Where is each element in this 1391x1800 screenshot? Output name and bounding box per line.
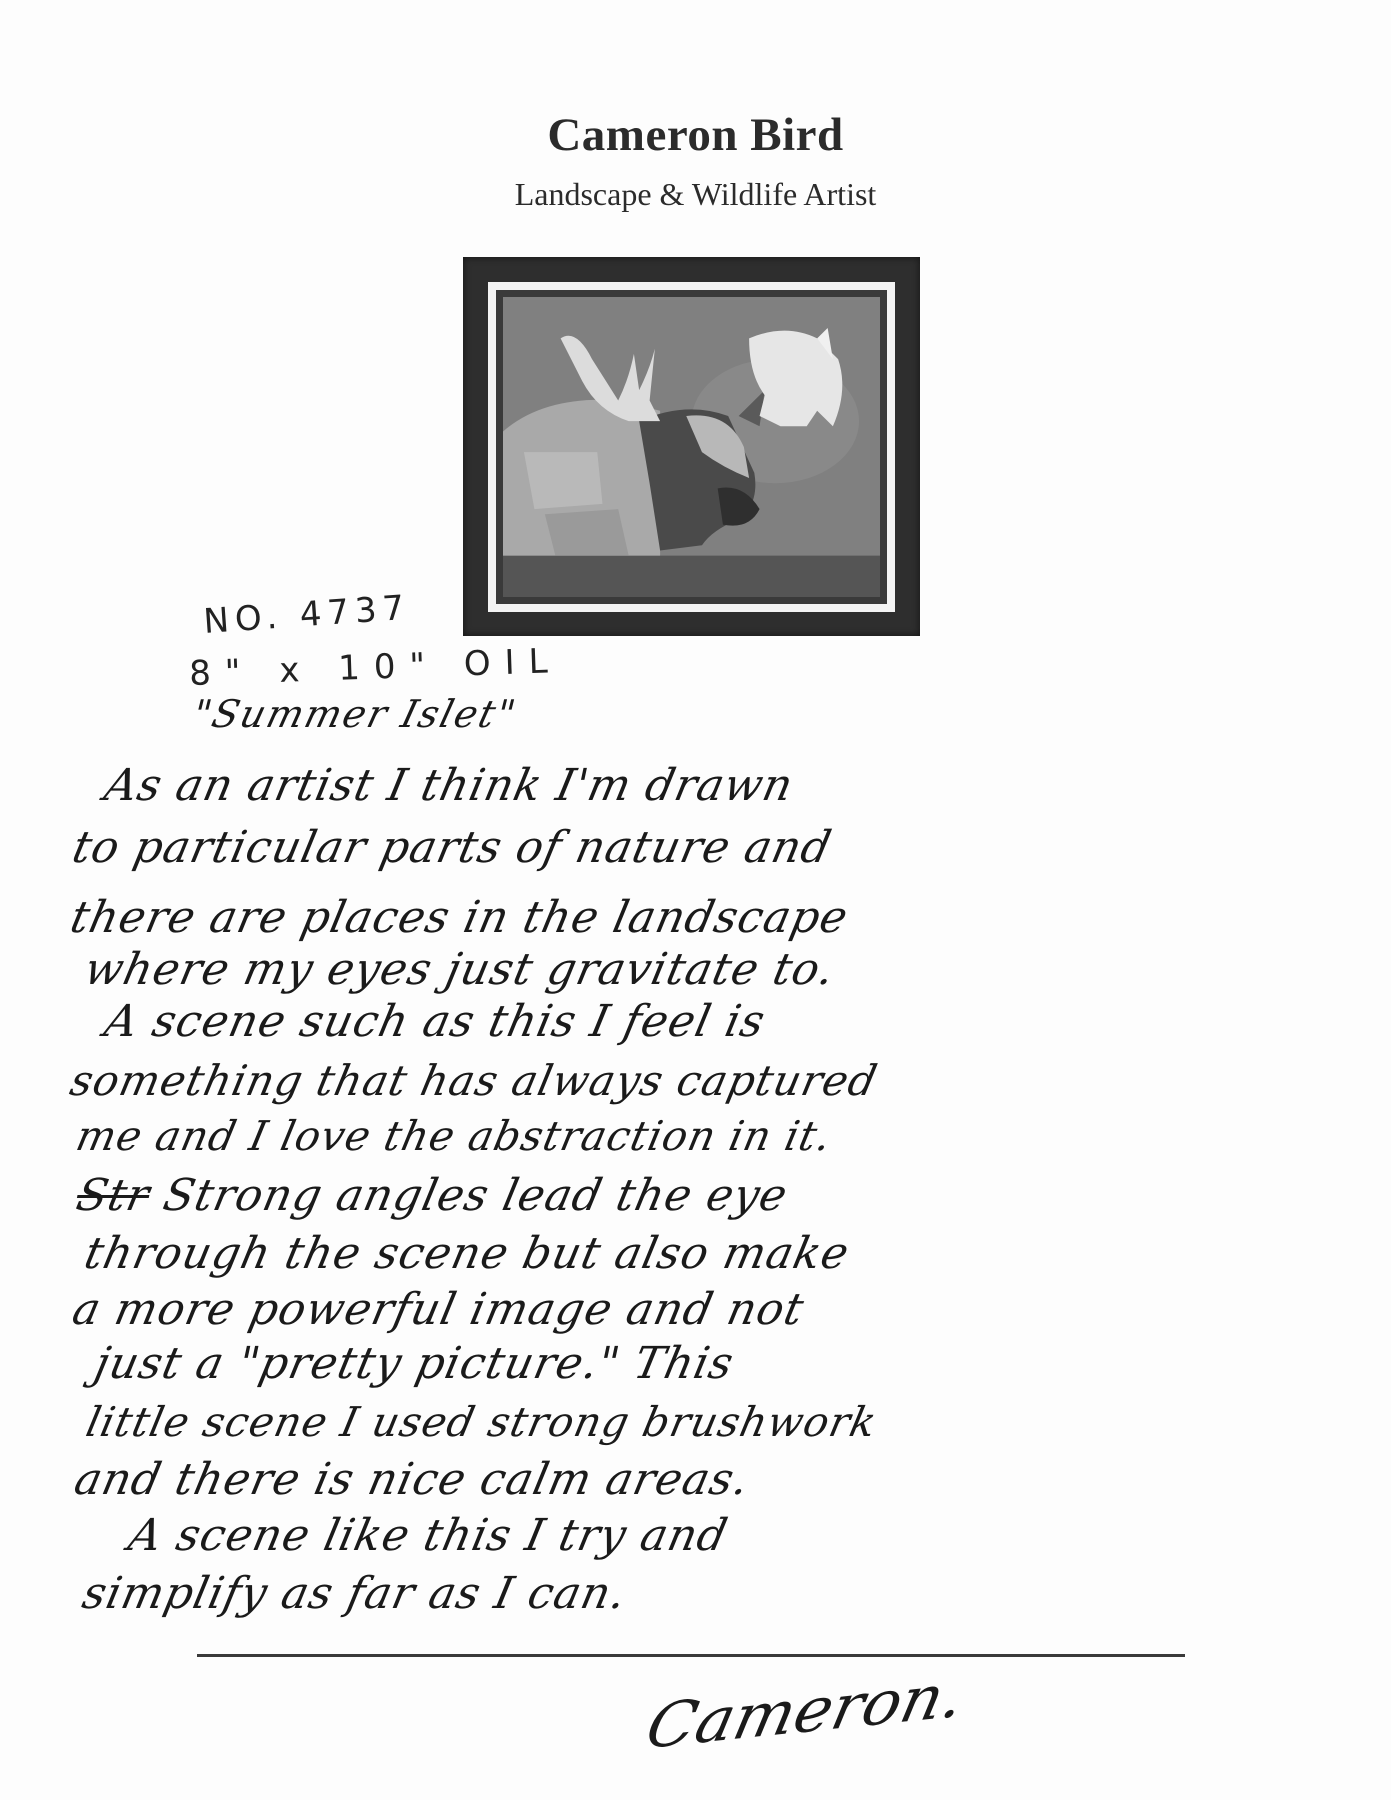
artwork-title: "Summer Islet" <box>188 692 522 736</box>
statement-line: through the scene but also make <box>80 1228 854 1279</box>
crossed-out-word: Str <box>72 1170 155 1221</box>
statement-line: me and I love the abstraction in it. <box>72 1112 836 1160</box>
statement-line: there are places in the landscape <box>66 892 853 943</box>
statement-line-with-correction: Str Strong angles lead the eye <box>72 1170 792 1221</box>
statement-line: something that has always captured <box>66 1056 882 1105</box>
signature-rule-divider <box>197 1654 1185 1657</box>
painting-mat <box>488 282 895 612</box>
statement-line: where my eyes just gravitate to. <box>80 944 840 995</box>
statement-line: A scene such as this I feel is <box>100 996 770 1047</box>
catalog-number: NO. 4737 <box>202 588 411 642</box>
painting-inner-border <box>496 290 887 604</box>
artist-signature: Cameron. <box>640 1658 971 1763</box>
statement-line: little scene I used strong brushwork <box>82 1398 881 1446</box>
statement-line-text: Strong angles lead the eye <box>159 1170 793 1221</box>
statement-line: and there is nice calm areas. <box>70 1454 754 1505</box>
painting-frame <box>463 257 920 636</box>
moose-painting-image <box>503 297 880 597</box>
statement-line: to particular parts of nature and <box>68 822 836 873</box>
artist-statement-page: Cameron Bird Landscape & Wildlife Artist <box>0 0 1391 1800</box>
moose-icon <box>503 297 880 597</box>
artwork-size-medium: 8" x 10" OIL <box>189 641 563 694</box>
statement-line: As an artist I think I'm drawn <box>100 760 798 811</box>
artist-name-heading: Cameron Bird <box>0 108 1391 162</box>
statement-line: simplify as far as I can. <box>78 1568 631 1619</box>
statement-line: just a "pretty picture." This <box>90 1338 738 1389</box>
statement-line: A scene like this I try and <box>124 1510 732 1561</box>
artist-subtitle: Landscape & Wildlife Artist <box>0 176 1391 213</box>
statement-line: a more powerful image and not <box>68 1284 809 1335</box>
